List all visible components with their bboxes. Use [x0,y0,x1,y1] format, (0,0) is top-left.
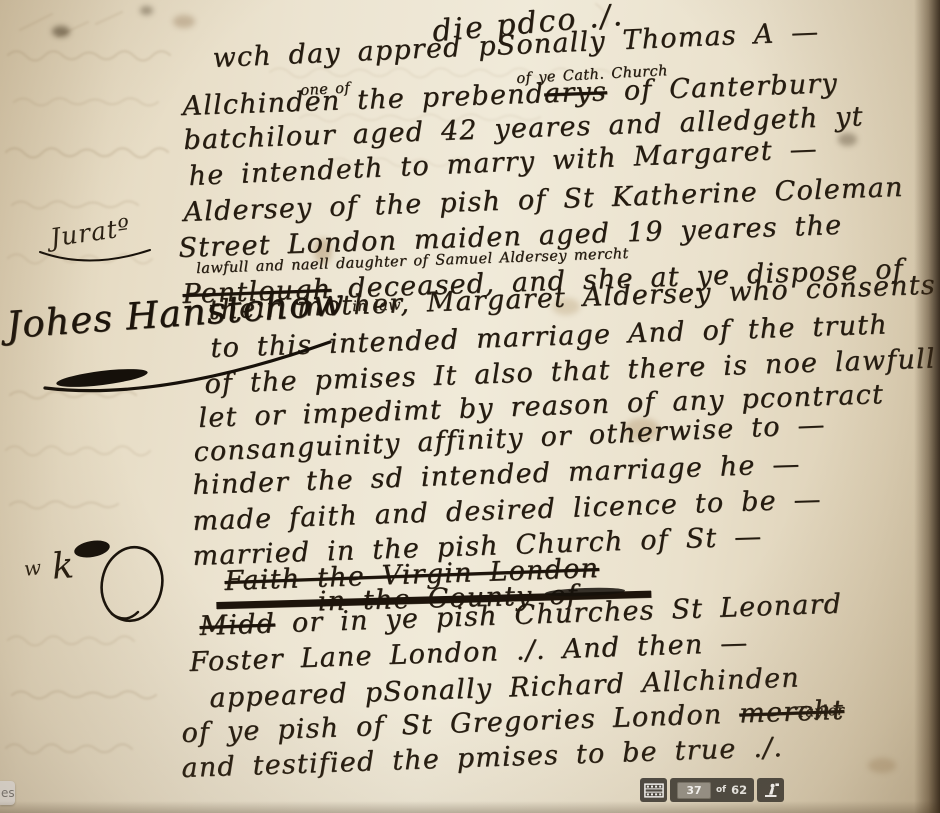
cutoff-corner-tab[interactable]: es [0,781,15,805]
paper-stain [173,15,195,28]
bottom-edge-shadow [0,801,940,813]
page-edge-shadow [914,0,940,813]
ink-stain [52,26,70,37]
struck-text: Midd [199,608,276,642]
struck-text: arys [544,76,608,109]
struck-text: mercht [739,695,845,730]
filmstrip-icon [644,783,664,798]
margin-pen-mark: w [23,555,43,581]
page-number-input[interactable] [677,782,711,799]
paper-stain [838,133,857,146]
filmstrip-button[interactable] [640,778,667,802]
corner-tab-label: es [1,786,15,800]
document-viewer: die pdco ./. wch day appred pSonally Tho… [0,0,940,813]
margin-pen-mark: k [51,545,76,587]
viewer-toolbar: of 62 [640,778,784,802]
page-indicator: of 62 [670,778,754,802]
paper-stain [868,758,896,773]
page-count-total: 62 [731,783,747,797]
margin-jurat-note: Juratº [48,213,132,253]
line-text-segment: of Canterbury [606,68,838,107]
page-count-prefix: of [716,785,726,795]
ink-stain [140,6,153,15]
page-flip-icon [762,782,780,799]
page-flip-button[interactable] [757,778,784,802]
